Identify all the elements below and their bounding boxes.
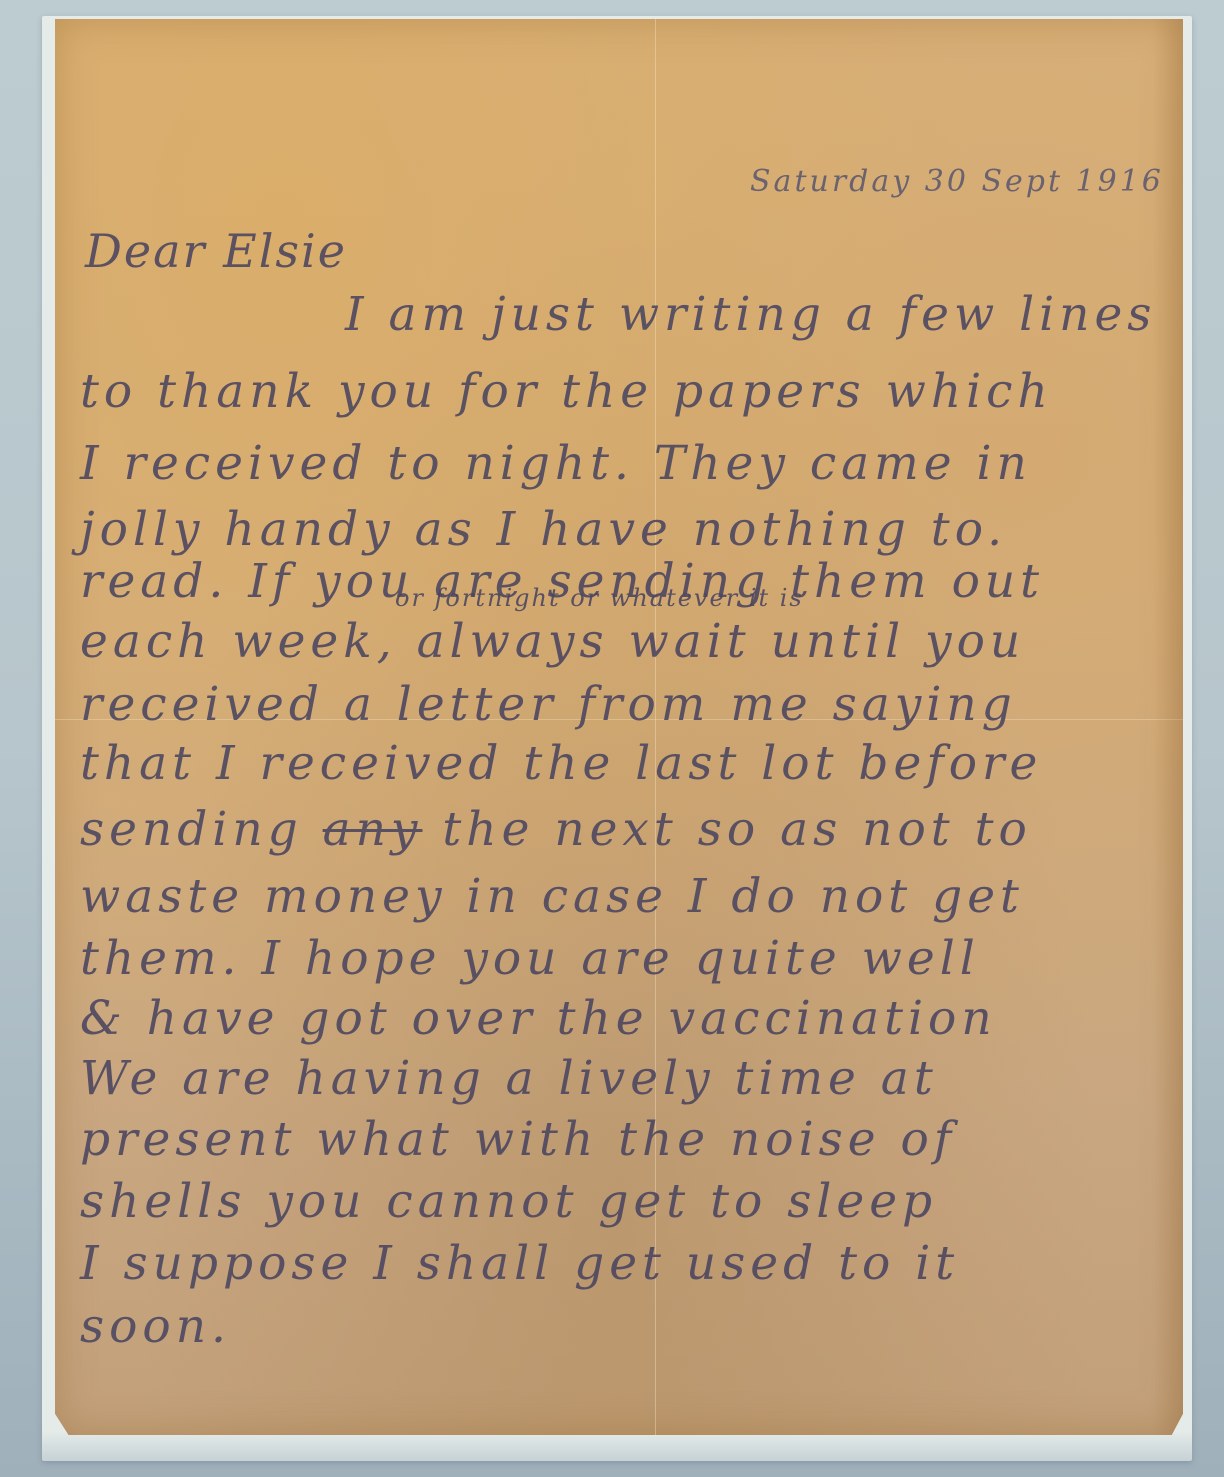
letter-line: jolly handy as I have nothing to. xyxy=(80,502,1007,557)
letter-line-text: sending xyxy=(80,802,323,857)
letter-line: & have got over the vaccination xyxy=(80,991,997,1046)
letter-line: to thank you for the papers which xyxy=(80,364,1053,419)
letter-salutation: Dear Elsie xyxy=(85,224,347,278)
letter-line: I am just writing a few lines xyxy=(345,287,1156,342)
letter-line: sending any the next so as not to xyxy=(80,802,1032,857)
letter-line: present what with the noise of xyxy=(80,1112,956,1167)
letter-line: soon. xyxy=(80,1299,231,1354)
letter-line-text: the next so as not to xyxy=(422,802,1031,857)
mount-shadow xyxy=(42,1432,1192,1462)
struck-word: any xyxy=(323,802,423,857)
letter-insertion: or fortnight or whatever it is xyxy=(395,584,804,612)
letter-date: Saturday 30 Sept 1916 xyxy=(750,164,1164,199)
letter-line: received a letter from me saying xyxy=(80,677,1017,732)
letter-line: I suppose I shall get used to it xyxy=(80,1236,959,1291)
letter-line: waste money in case I do not get xyxy=(80,869,1024,924)
letter-paper: Saturday 30 Sept 1916 Dear Elsie I am ju… xyxy=(55,19,1183,1435)
letter-line: I received to night. They came in xyxy=(80,436,1032,491)
letter-line: them. I hope you are quite well xyxy=(80,931,980,986)
letter-line: each week, always wait until you xyxy=(80,614,1025,669)
letter-line: We are having a lively time at xyxy=(80,1051,938,1106)
letter-line: that I received the last lot before xyxy=(80,736,1042,791)
letter-line: shells you cannot get to sleep xyxy=(80,1174,937,1229)
